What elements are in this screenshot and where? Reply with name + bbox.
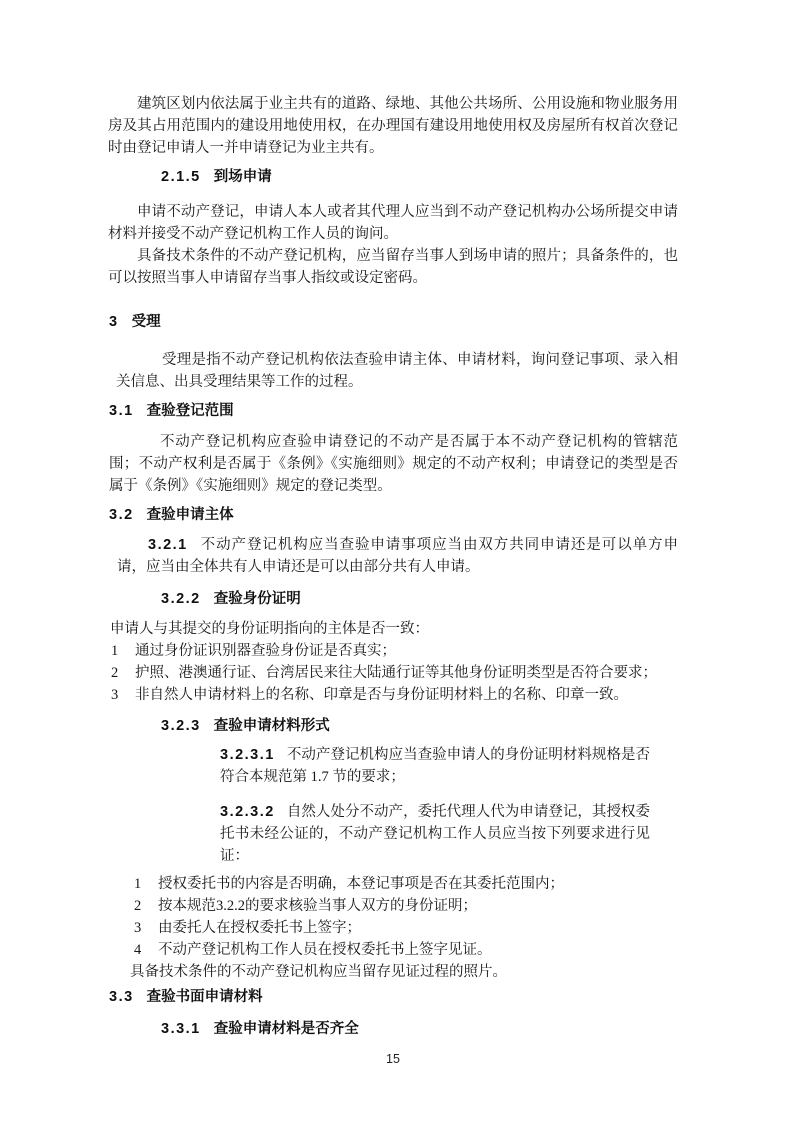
list-item: 1通过身份证识别器查验身份证是否真实；	[111, 640, 678, 662]
paragraph-identity-check-intro: 申请人与其提交的身份证明指向的主体是否一致：	[110, 618, 678, 640]
heading-3-2-2: 3.2.2查验身份证明	[161, 588, 678, 610]
clause-text: 不动产登记机构应当查验申请人的身份证明材料规格是否符合本规范第 1.7 节的要求…	[220, 747, 650, 785]
heading-2-1-5: 2.1.5到场申请	[161, 166, 678, 188]
heading-3-2: 3.2查验申请主体	[109, 504, 678, 526]
paragraph-acceptance-definition: 受理是指不动产登记机构依法查验申请主体、申请材料，询问登记事项、录入相关信息、出…	[116, 349, 678, 393]
list-item-text: 不动产登记机构工作人员在授权委托书上签字见证。	[158, 939, 492, 961]
list-item-number: 3	[134, 917, 158, 939]
heading-number: 3.2	[109, 507, 134, 523]
list-item-number: 4	[134, 939, 158, 961]
heading-3-3: 3.3查验书面申请材料	[109, 986, 678, 1008]
heading-number: 3.2.2	[161, 591, 201, 607]
heading-title: 查验身份证明	[214, 591, 301, 607]
heading-number: 3.3	[109, 989, 134, 1005]
list-item-text: 非自然人申请材料上的名称、印章是否与身份证明材料上的名称、印章一致。	[135, 684, 628, 706]
list-item-text: 按本规范3.2.2的要求核验当事人双方的身份证明；	[158, 895, 477, 917]
paragraph-onsite-application-1: 申请不动产登记，申请人本人或者其代理人应当到不动产登记机构办公场所提交申请材料并…	[108, 201, 678, 245]
identity-check-list: 1通过身份证识别器查验身份证是否真实； 2护照、港澳通行证、台湾居民来往大陆通行…	[111, 640, 678, 706]
list-item: 3由委托人在授权委托书上签字；	[134, 917, 678, 939]
clause-3-2-3-2: 3.2.3.2自然人处分不动产，委托代理人代为申请登记，其授权委托书未经公证的，…	[220, 801, 650, 867]
heading-title: 查验申请主体	[147, 507, 234, 523]
heading-title: 到场申请	[214, 169, 272, 185]
heading-3-3-1: 3.3.1查验申请材料是否齐全	[161, 1018, 678, 1040]
list-item-number: 3	[111, 684, 135, 706]
page-number: 15	[108, 1048, 678, 1070]
heading-number: 3	[109, 314, 119, 330]
clause-text: 自然人处分不动产，委托代理人代为申请登记，其授权委托书未经公证的，不动产登记机构…	[220, 804, 650, 864]
clause-number: 3.2.3.1	[220, 747, 275, 763]
paragraph-common-property: 建筑区划内依法属于业主共有的道路、绿地、其他公共场所、公用设施和物业服务用房及其…	[108, 93, 678, 159]
list-item: 3非自然人申请材料上的名称、印章是否与身份证明材料上的名称、印章一致。	[111, 684, 678, 706]
paragraph-registration-scope: 不动产登记机构应查验申请登记的不动产是否属于本不动产登记机构的管辖范围；不动产权…	[109, 431, 678, 497]
list-item-number: 1	[111, 640, 135, 662]
heading-3-acceptance: 3受理	[109, 311, 678, 333]
list-item-text: 由委托人在授权委托书上签字；	[158, 917, 361, 939]
heading-title: 受理	[132, 314, 161, 330]
clause-3-2-3-1: 3.2.3.1不动产登记机构应当查验申请人的身份证明材料规格是否符合本规范第 1…	[220, 744, 650, 788]
list-item: 1授权委托书的内容是否明确，本登记事项是否在其委托范围内；	[134, 873, 678, 895]
heading-title: 查验申请材料是否齐全	[214, 1021, 359, 1037]
list-item: 4不动产登记机构工作人员在授权委托书上签字见证。	[134, 939, 678, 961]
heading-3-2-3: 3.2.3查验申请材料形式	[161, 715, 678, 737]
heading-number: 3.1	[109, 403, 134, 419]
list-item-number: 2	[111, 662, 135, 684]
list-item: 2护照、港澳通行证、台湾居民来往大陆通行证等其他身份证明类型是否符合要求；	[111, 662, 678, 684]
witness-requirements-list: 1授权委托书的内容是否明确，本登记事项是否在其委托范围内； 2按本规范3.2.2…	[134, 873, 678, 961]
heading-title: 查验登记范围	[147, 403, 234, 419]
document-page: 建筑区划内依法属于业主共有的道路、绿地、其他公共场所、公用设施和物业服务用房及其…	[0, 0, 793, 1122]
list-item-text: 护照、港澳通行证、台湾居民来往大陆通行证等其他身份证明类型是否符合要求；	[135, 662, 657, 684]
list-item-text: 通过身份证识别器查验身份证是否真实；	[135, 640, 396, 662]
clause-number: 3.2.1	[148, 537, 188, 553]
heading-number: 2.1.5	[161, 169, 201, 185]
heading-number: 3.2.3	[161, 718, 201, 734]
heading-3-1: 3.1查验登记范围	[109, 400, 678, 422]
clause-number: 3.2.3.2	[220, 804, 275, 820]
heading-title: 查验申请材料形式	[214, 718, 330, 734]
list-item-number: 1	[134, 873, 158, 895]
list-item-number: 2	[134, 895, 158, 917]
clause-text: 不动产登记机构应当查验申请事项应当由双方共同申请还是可以单方申请，应当由全体共有…	[117, 537, 678, 575]
paragraph-witness-photo: 具备技术条件的不动产登记机构应当留存见证过程的照片。	[130, 961, 678, 983]
list-item: 2按本规范3.2.2的要求核验当事人双方的身份证明；	[134, 895, 678, 917]
heading-number: 3.3.1	[161, 1021, 201, 1037]
heading-title: 查验书面申请材料	[147, 989, 263, 1005]
paragraph-onsite-application-2: 具备技术条件的不动产登记机构，应当留存当事人到场申请的照片；具备条件的，也可以按…	[108, 245, 678, 289]
list-item-text: 授权委托书的内容是否明确，本登记事项是否在其委托范围内；	[158, 873, 564, 895]
clause-3-2-1: 3.2.1不动产登记机构应当查验申请事项应当由双方共同申请还是可以单方申请，应当…	[117, 534, 678, 578]
